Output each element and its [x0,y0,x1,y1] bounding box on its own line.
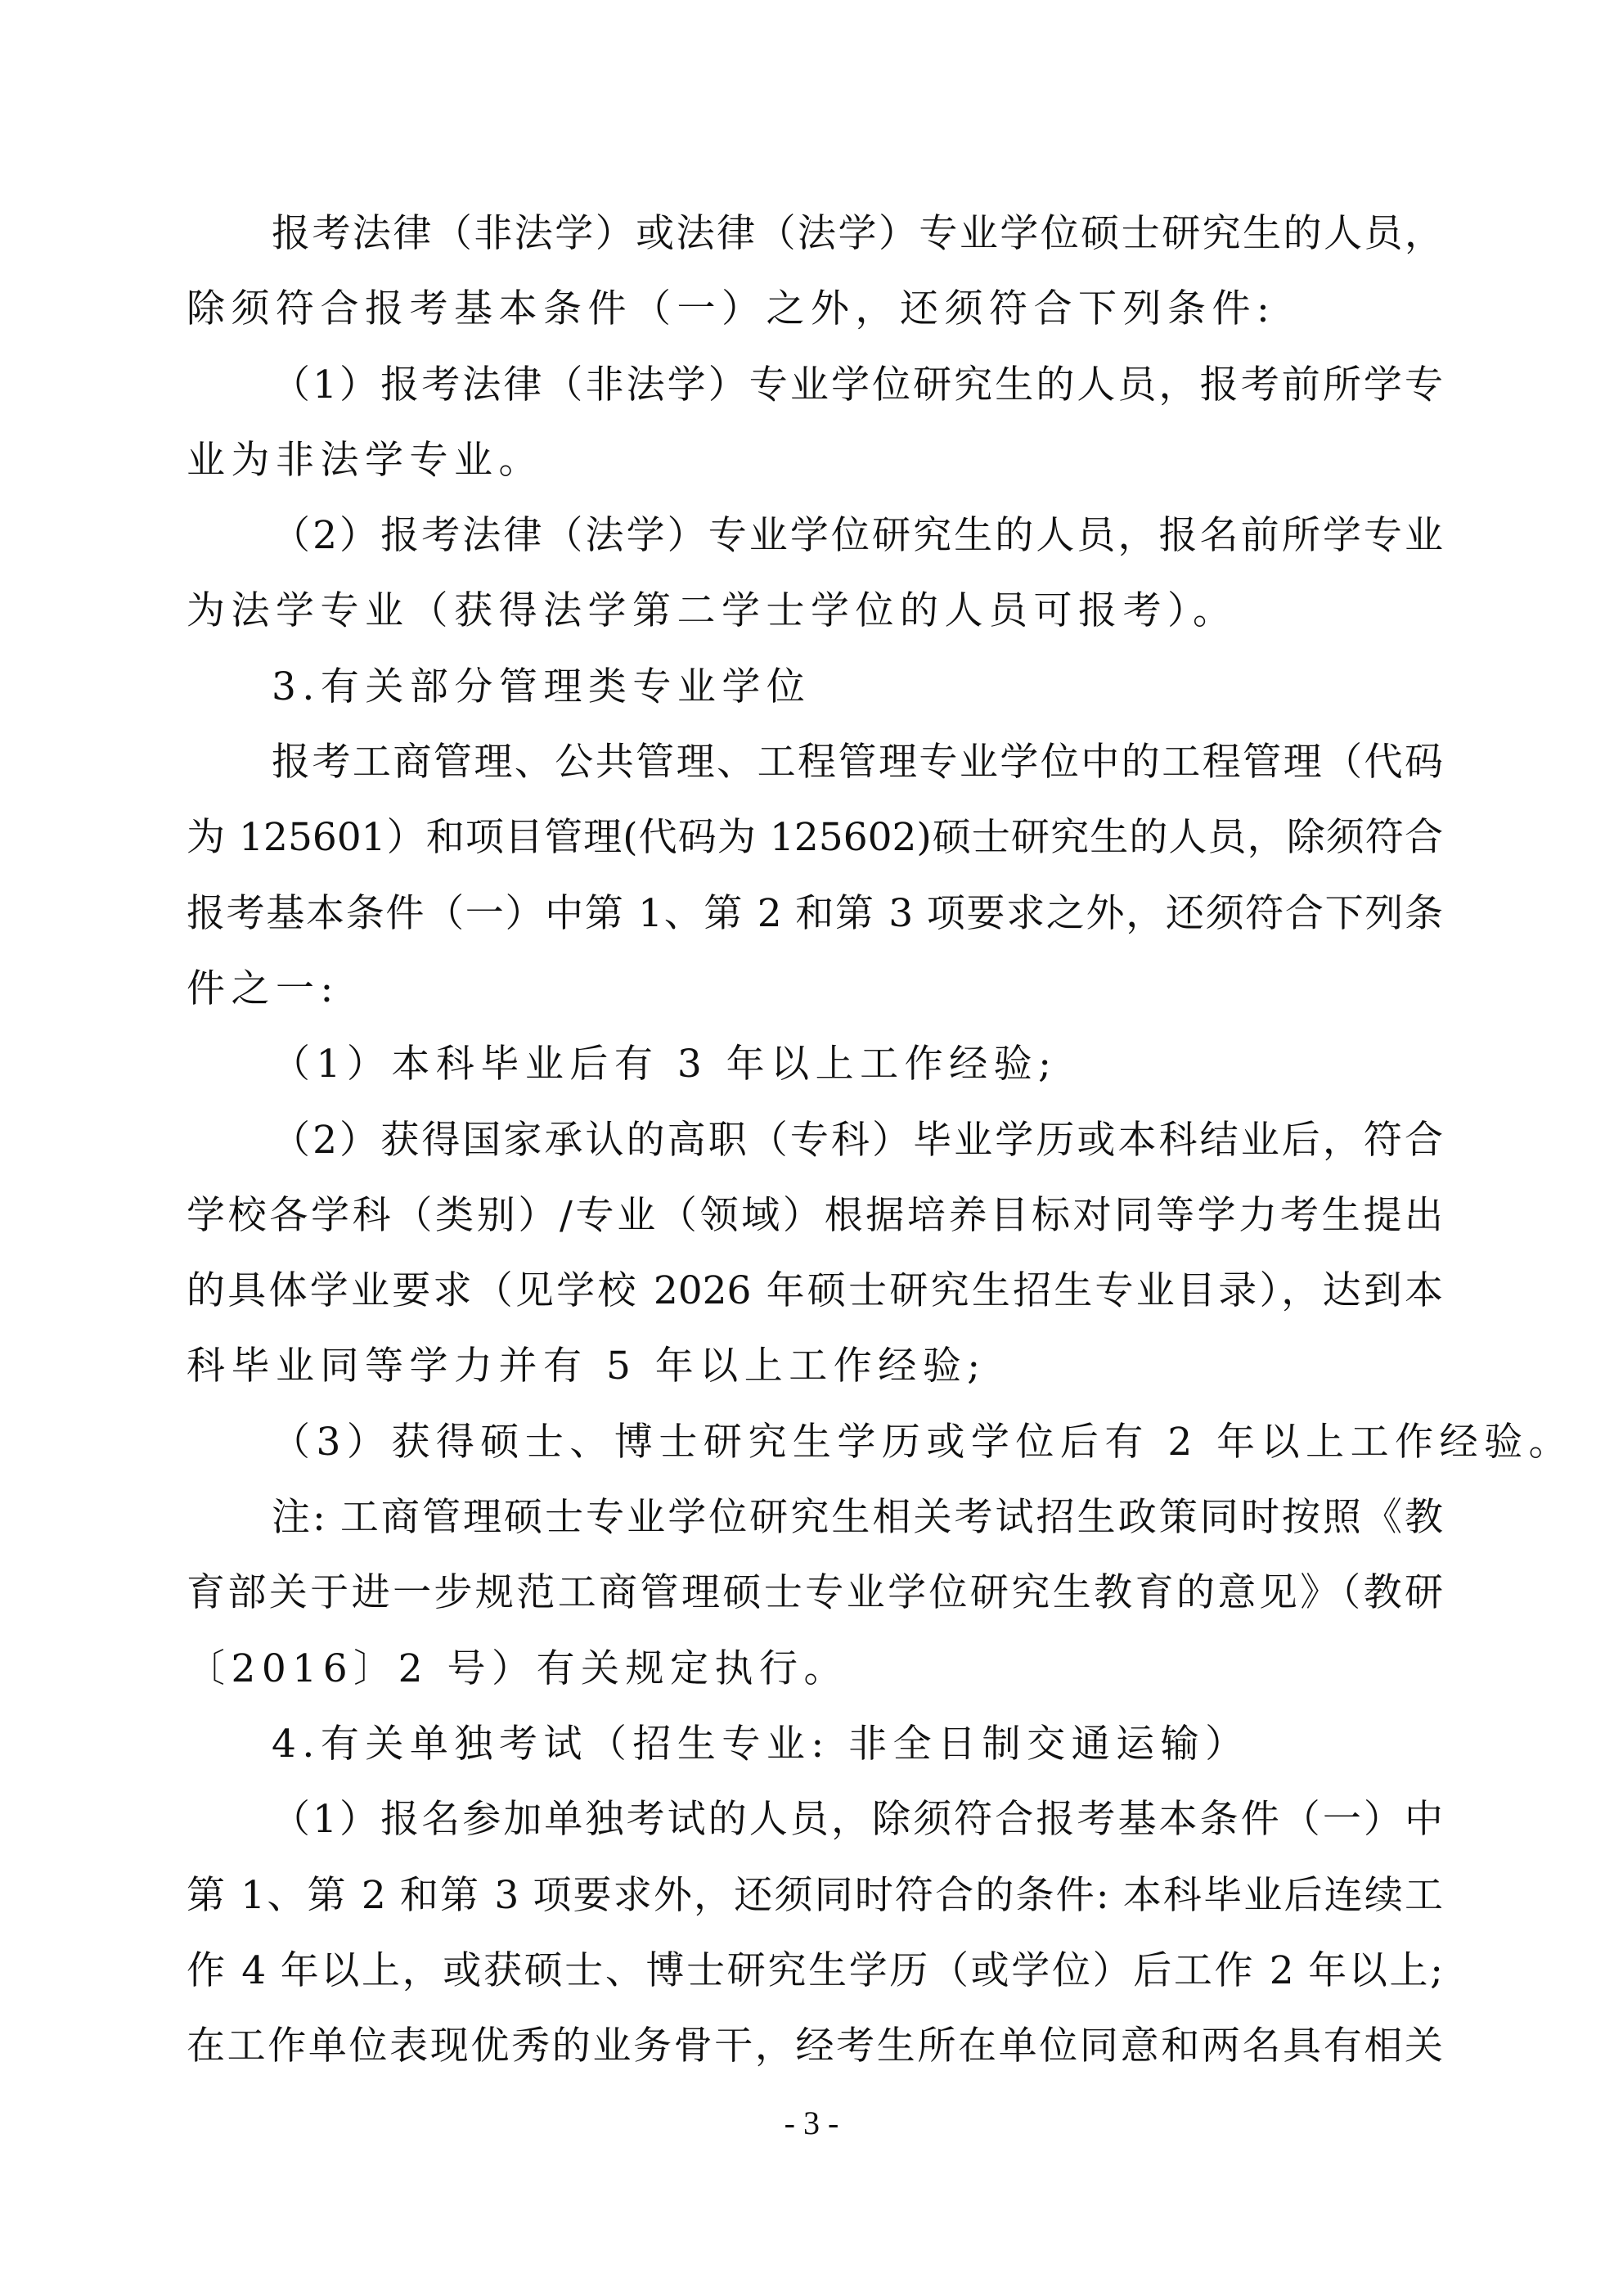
paragraph-line-2: 除须符合报考基本条件（一）之外，还须符合下列条件: [187,272,1443,347]
section-heading-4: 4.有关单独考试（招生专业: 非全日制交通运输） [187,1707,1443,1782]
document-body: 报考法律（非法学）或法律（法学）专业学位硕士研究生的人员， 除须符合报考基本条件… [187,196,1443,2084]
list-item-line-12: （1）本科毕业后有 3 年以上工作经验; [187,1027,1443,1102]
paragraph-line-6: 为法学专业（获得法学第二学士学位的人员可报考）。 [187,574,1443,649]
paragraph-line-4: 业为非法学专业。 [187,423,1443,498]
list-item-line-13: （2）获得国家承认的高职（专科）毕业学历或本科结业后，符合 [187,1103,1443,1178]
note-line-20: 〔2016〕2 号）有关规定执行。 [187,1632,1443,1707]
list-item-line-16: 科毕业同等学力并有 5 年以上工作经验; [187,1329,1443,1404]
paragraph-line-9: 为 125601）和项目管理(代码为 125602)硕士研究生的人员，除须符合 [187,800,1443,876]
list-item-line-14: 学校各学科（类别）/专业（领域）根据培养目标对同等学力考生提出 [187,1178,1443,1254]
paragraph-line-3: （1）报考法律（非法学）专业学位研究生的人员，报考前所学专 [187,348,1443,423]
paragraph-line-1: 报考法律（非法学）或法律（法学）专业学位硕士研究生的人员， [187,196,1443,272]
paragraph-line-11: 件之一: [187,952,1443,1027]
document-page: 报考法律（非法学）或法律（法学）专业学位硕士研究生的人员， 除须符合报考基本条件… [0,0,1623,2296]
note-line-18: 注: 工商管理硕士专业学位研究生相关考试招生政策同时按照《教 [187,1480,1443,1555]
list-item-line-15: 的具体学业要求（见学校 2026 年硕士研究生招生专业目录），达到本 [187,1254,1443,1329]
paragraph-line-5: （2）报考法律（法学）专业学位研究生的人员，报名前所学专业 [187,498,1443,574]
list-item-line-17: （3）获得硕士、博士研究生学历或学位后有 2 年以上工作经验。 [187,1405,1443,1480]
paragraph-line-10: 报考基本条件（一）中第 1、第 2 和第 3 项要求之外，还须符合下列条 [187,876,1443,952]
page-number: - 3 - [0,2103,1623,2144]
list-item-line-25: 在工作单位表现优秀的业务骨干，经考生所在单位同意和两名具有相关 [187,2009,1443,2084]
note-line-19: 育部关于进一步规范工商管理硕士专业学位研究生教育的意见》（教研 [187,1555,1443,1631]
section-heading-3: 3.有关部分管理类专业学位 [187,650,1443,725]
list-item-line-24: 作 4 年以上，或获硕士、博士研究生学历（或学位）后工作 2 年以上; [187,1934,1443,2009]
paragraph-line-8: 报考工商管理、公共管理、工程管理专业学位中的工程管理（代码 [187,725,1443,800]
list-item-line-22: （1）报名参加单独考试的人员，除须符合报考基本条件（一）中 [187,1782,1443,1857]
list-item-line-23: 第 1、第 2 和第 3 项要求外，还须同时符合的条件: 本科毕业后连续工 [187,1858,1443,1934]
